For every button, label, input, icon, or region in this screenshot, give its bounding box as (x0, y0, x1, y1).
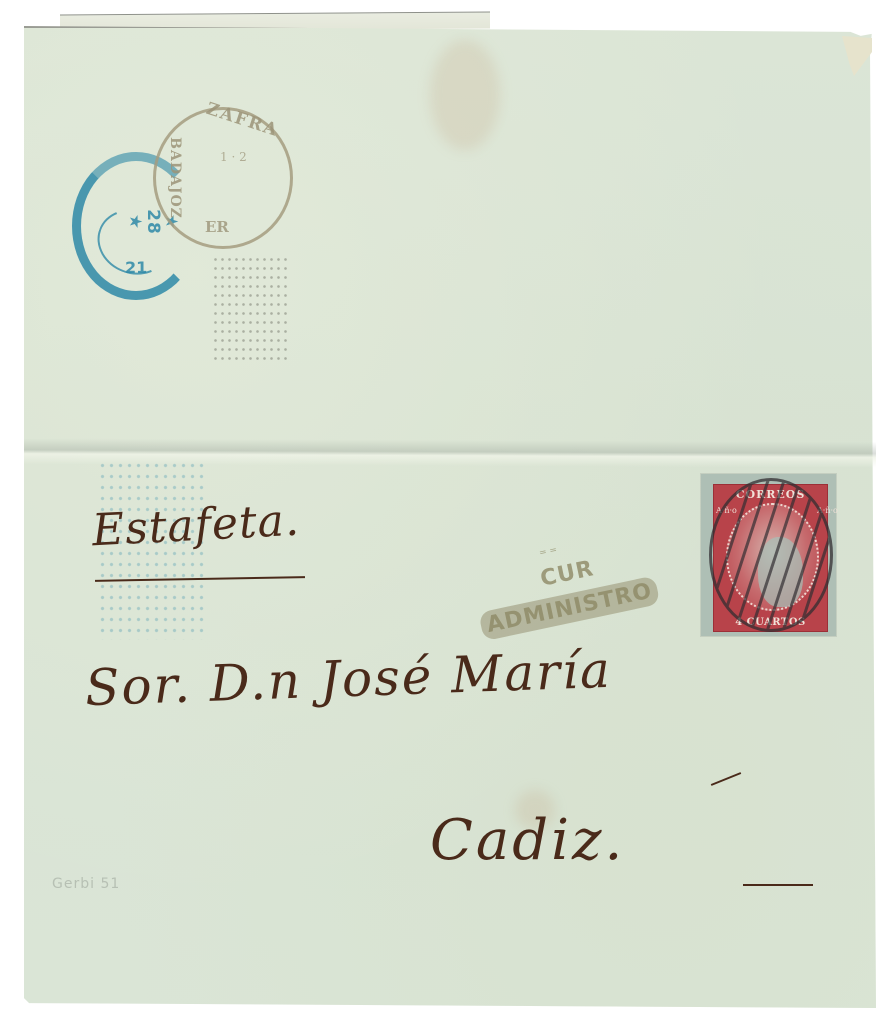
route-instruction: Estafeta. (91, 495, 301, 557)
handstamp-line1: CUR (538, 556, 596, 592)
pen-dash (743, 884, 813, 886)
datestamp-province: BADAJOZ (167, 137, 183, 219)
foxing-stain (430, 40, 500, 150)
pencil-catalog-note: Gerbi 51 (52, 876, 120, 892)
blue-postmark-bottom-text: 21 (125, 258, 147, 277)
datestamp-date: 1 · 2 (220, 150, 247, 164)
faded-ink-offset (212, 255, 287, 365)
postal-cover-scan: ★ 28 ★ 21 ZAFRA BADAJOZ 1 · 2 ER = = CUR… (0, 0, 885, 1024)
grid-cancellation (709, 478, 833, 632)
handstamp-line0: = = (538, 545, 558, 559)
datestamp-bottom: ER (205, 218, 229, 236)
destination-city: Cadiz. (430, 808, 625, 873)
